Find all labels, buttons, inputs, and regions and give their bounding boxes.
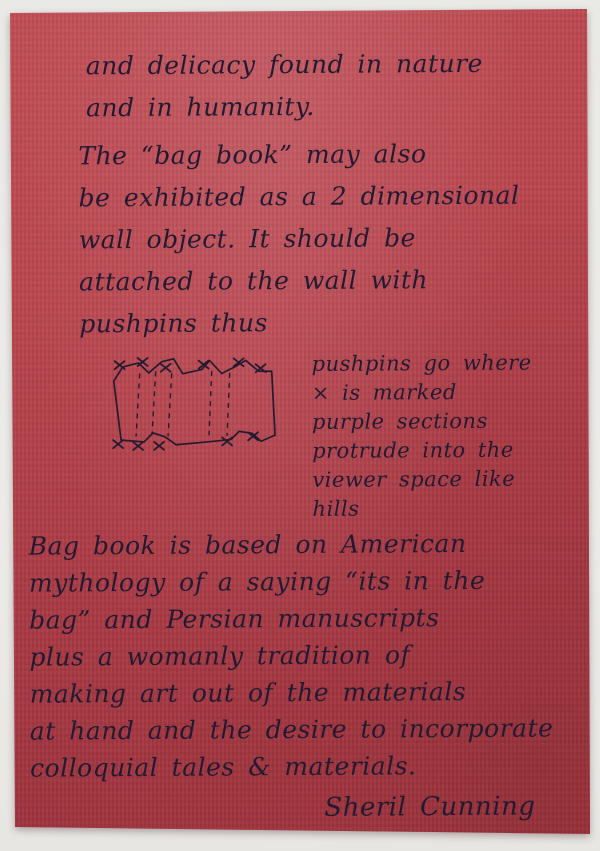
handwriting-line: colloquial tales & materials. [30,746,600,786]
exhibit-paragraph: The “bag book” may also be exhibited as … [78,132,599,345]
photo-background: and delicacy found in nature and in huma… [0,0,600,851]
handwriting-line: Bag book is based on American [29,524,600,564]
intro-paragraph: and delicacy found in nature and in huma… [86,42,599,129]
handwriting-line: × is marked [312,378,532,408]
handwriting-line: at hand and the desire to incorporate [30,709,600,749]
note-paper: and delicacy found in nature and in huma… [0,0,600,851]
handwriting-line: The “bag book” may also [78,132,598,177]
handwriting-line: making art out of the materials [30,672,600,712]
handwriting-line: protrude into the [312,436,532,466]
handwriting-line: be exhibited as a 2 dimensional [78,174,598,219]
handwriting-line: wall object. It should be [79,216,599,261]
handwriting-line: pushpins go where [312,349,532,379]
sketch-and-caption: pushpins go where × is marked purple sec… [103,346,600,523]
bagbook-paragraph: Bag book is based on American mythology … [29,524,600,786]
handwriting-line: and delicacy found in nature [86,42,598,87]
handwriting-line: pushpins thus [79,300,599,345]
handwriting-line: plus a womanly tradition of [29,635,600,675]
note-content: and delicacy found in nature and in huma… [0,0,600,851]
handwriting-line: hills [312,494,532,524]
signature: Sheril Cunning [324,785,600,829]
pushpin-sketch [103,350,299,456]
handwriting-line: attached to the wall with [79,258,599,303]
sketch-caption: pushpins go where × is marked purple sec… [312,349,533,524]
handwriting-line: purple sections [312,407,532,437]
handwriting-line: bag” and Persian manuscripts [29,598,600,638]
handwriting-line: viewer space like [312,465,532,495]
handwriting-line: mythology of a saying “its in the [29,561,600,601]
handwriting-line: and in humanity. [86,84,598,129]
